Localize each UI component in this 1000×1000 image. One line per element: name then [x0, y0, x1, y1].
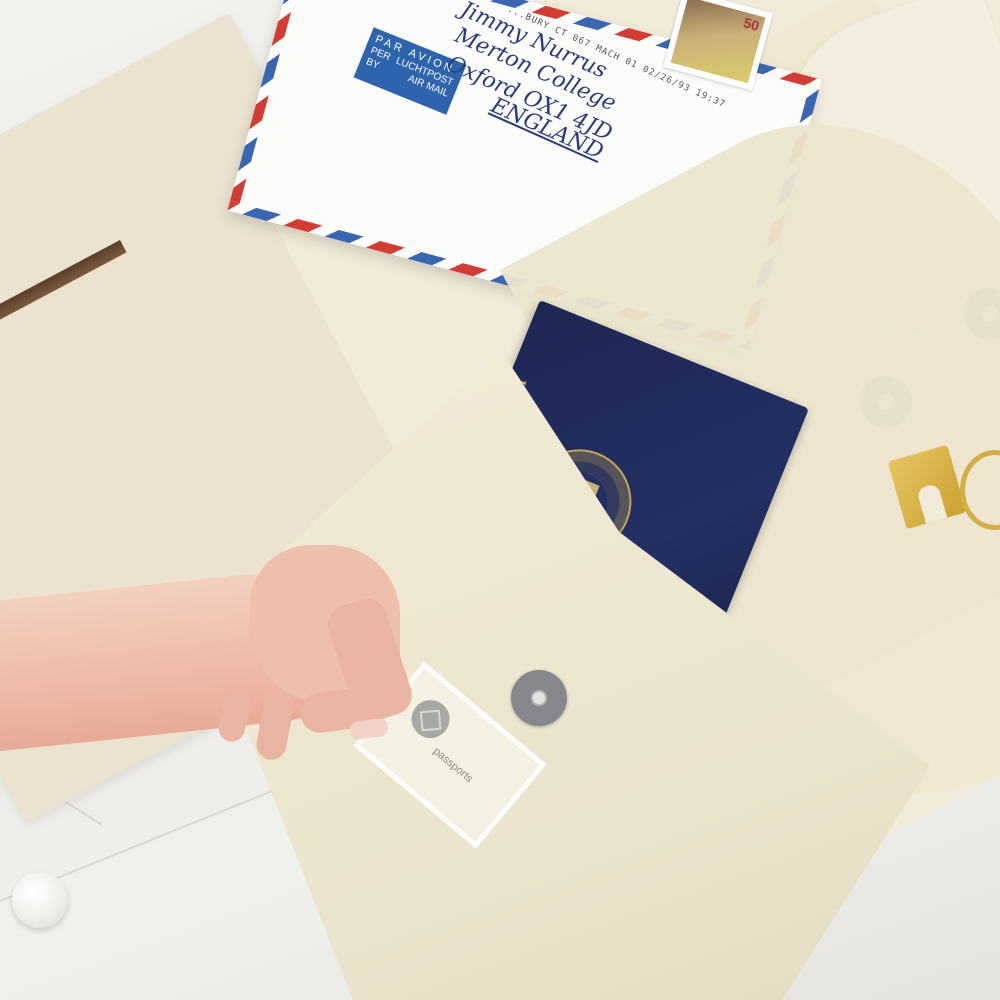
pocket-label-text: passports [431, 745, 475, 785]
folio-logo-icon [404, 692, 458, 746]
tuft-button [12, 872, 68, 928]
stamp-value: 50 [742, 14, 761, 33]
pocket-closure-button[interactable] [511, 670, 567, 726]
stamp-image: 50 [671, 0, 766, 83]
